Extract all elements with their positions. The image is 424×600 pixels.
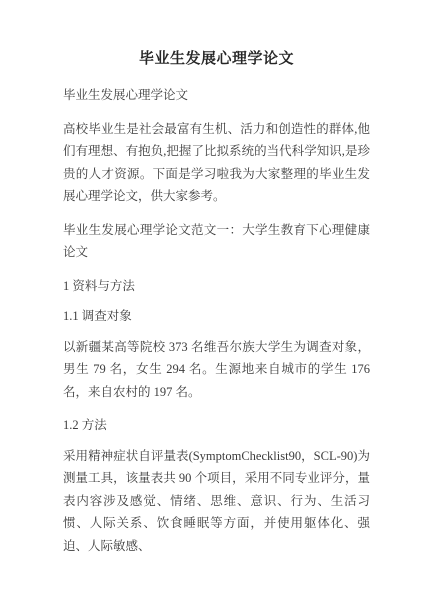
document-page: 毕业生发展心理学论文 毕业生发展心理学论文 高校毕业生是社会最富有生机、活力和创… [0, 0, 424, 600]
section-heading-1: 1 资料与方法 [63, 275, 370, 298]
intro-paragraph: 高校毕业生是社会最富有生机、活力和创造性的群体,他们有理想、有抱负,把握了比拟系… [63, 118, 370, 208]
sample-essay-title: 毕业生发展心理学论文范文一：大学生教育下心理健康论文 [63, 219, 370, 264]
document-content: 毕业生发展心理学论文 毕业生发展心理学论文 高校毕业生是社会最富有生机、活力和创… [0, 0, 424, 557]
section-heading-1-2: 1.2 方法 [63, 414, 370, 437]
section-heading-1-1: 1.1 调查对象 [63, 305, 370, 328]
survey-subjects-paragraph: 以新疆某高等院校 373 名维吾尔族大学生为调查对象，男生 79 名，女生 29… [63, 336, 370, 404]
subtitle-line: 毕业生发展心理学论文 [63, 84, 370, 107]
document-title: 毕业生发展心理学论文 [63, 48, 370, 71]
method-paragraph: 采用精神症状自评量表(SymptomChecklist90，SCL-90)为测量… [63, 445, 370, 558]
